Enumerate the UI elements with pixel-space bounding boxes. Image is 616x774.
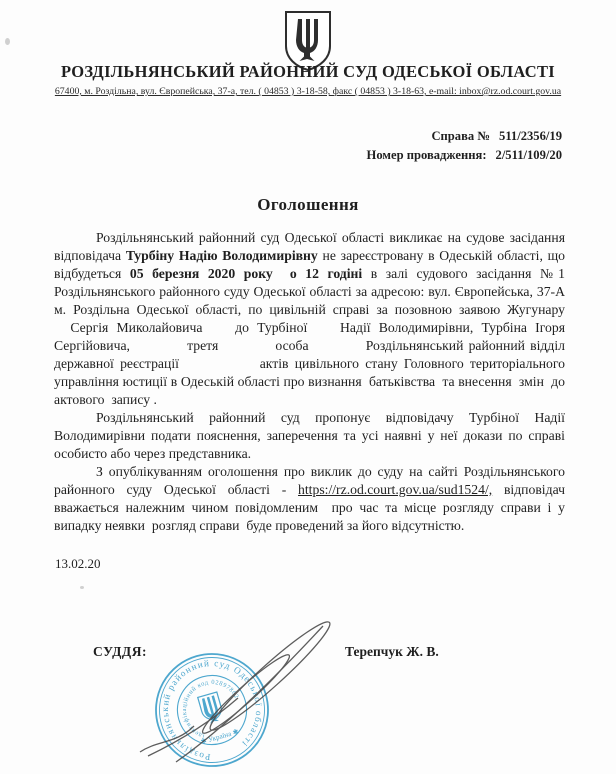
case-number-label: Справа № [431, 129, 490, 143]
scan-artifact [80, 586, 84, 589]
scan-artifact [5, 38, 10, 45]
proceeding-number-value: 2/511/109/20 [496, 148, 562, 162]
signature-ink-icon [118, 604, 358, 774]
paragraph-instructions: Роздільнянський районний суд пропонує ві… [54, 409, 565, 463]
scanned-court-document: РОЗДІЛЬНЯНСЬКИЙ РАЙОННИЙ СУД ОДЕСЬКОЇ ОБ… [0, 0, 616, 774]
announcement-body: Роздільнянський районний суд Одеської об… [54, 229, 565, 535]
case-number-line: Справа №511/2356/19 [367, 127, 562, 146]
defendant-name: Турбіну Надію Володимирівну [126, 248, 318, 263]
document-date: 13.02.20 [55, 556, 101, 572]
judge-name: Терепчук Ж. В. [345, 644, 439, 660]
paragraph-summons: Роздільнянський районний суд Одеської об… [54, 229, 565, 409]
proceeding-number-label: Номер провадження: [367, 148, 487, 162]
summons-text: в залі судового засідання №1 Роздільнянс… [54, 266, 565, 407]
case-number-value: 511/2356/19 [499, 129, 562, 143]
paragraph-publication: З опублікуванням оголошення про виклик д… [54, 463, 565, 535]
proceeding-number-line: Номер провадження:2/511/109/20 [367, 146, 562, 165]
document-title: Оголошення [0, 195, 616, 215]
case-info-block: Справа №511/2356/19 Номер провадження:2/… [367, 127, 562, 165]
judge-signature [118, 604, 358, 774]
court-website-link[interactable]: https://rz.od.court.gov.ua/sud1524/, [298, 482, 492, 497]
hearing-datetime: 05 березня 2020 року о 12 годіні [130, 266, 362, 281]
court-address-line: 67400, м. Роздільна, вул. Європейська, 3… [0, 86, 616, 97]
court-name: РОЗДІЛЬНЯНСЬКИЙ РАЙОННИЙ СУД ОДЕСЬКОЇ ОБ… [0, 62, 616, 82]
